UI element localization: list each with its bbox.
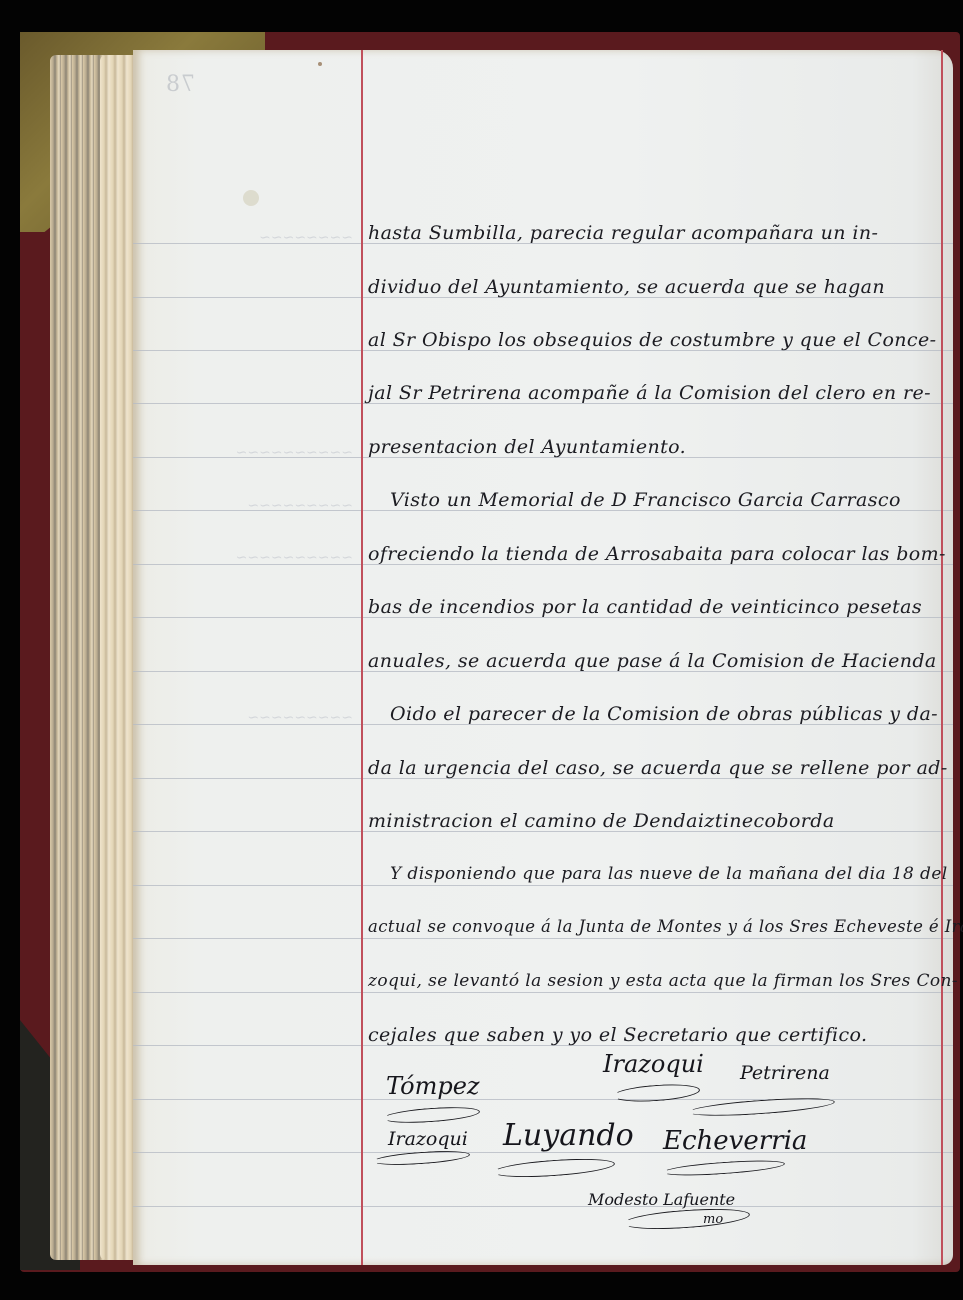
paper-speck — [318, 62, 322, 66]
bleed-through-text: ~~~~~~~~ — [183, 230, 353, 246]
bleed-through-text: ~~~~~~~~~ — [183, 710, 353, 726]
right-margin-rule — [941, 50, 943, 1265]
bleed-through-text: ~~~~~~~~~~ — [183, 550, 353, 566]
page-number: 78 — [165, 72, 195, 97]
text-line: jal Sr Petrirena acompañe á la Comision … — [368, 382, 931, 404]
text-line: Oido el parecer de la Comision de obras … — [390, 703, 938, 725]
paper-stain — [243, 190, 259, 206]
ruled-line — [133, 938, 953, 939]
text-line: Y disponiendo que para las nueve de la m… — [390, 864, 948, 884]
text-line: zoqui, se levantó la sesion y esta acta … — [368, 971, 958, 991]
text-line: bas de incendios por la cantidad de vein… — [368, 596, 922, 618]
signature: Irazoqui — [603, 1050, 704, 1078]
signature: Luyando — [503, 1118, 634, 1153]
signature-flourish — [383, 1105, 481, 1126]
signature-flourish — [493, 1156, 616, 1180]
ruled-line — [133, 885, 953, 886]
signature-flourish — [663, 1158, 786, 1178]
secretary-signature: Modesto Lafuente — [588, 1190, 735, 1209]
page-stack-edges-inner — [100, 55, 135, 1260]
text-line: hasta Sumbilla, parecia regular acompaña… — [368, 222, 878, 244]
signature-flourish — [613, 1082, 701, 1104]
text-line: da la urgencia del caso, se acuerda que … — [368, 757, 948, 779]
ruled-line — [133, 1206, 953, 1207]
text-line: al Sr Obispo los obsequios de costumbre … — [368, 329, 936, 351]
bleed-through-text: ~~~~~~~~~ — [183, 498, 353, 514]
ruled-line — [133, 992, 953, 993]
text-line: cejales que saben y yo el Secretario que… — [368, 1024, 868, 1046]
text-line: Visto un Memorial de D Francisco Garcia … — [390, 489, 901, 511]
ledger-page: 78 ~~~~~~~~ ~~~~~~~~~~ ~~~~~~~~~ ~~~~~~~… — [133, 50, 953, 1265]
text-line: actual se convoque á la Junta de Montes … — [368, 917, 963, 936]
text-line: ministracion el camino de Dendaiztinecob… — [368, 810, 835, 832]
left-margin-rule — [361, 50, 363, 1265]
text-line: ofreciendo la tienda de Arrosabaita para… — [368, 543, 946, 565]
signature: Irazoqui — [388, 1128, 468, 1150]
signature: Petrirena — [740, 1062, 830, 1084]
signature: Echeverria — [663, 1126, 807, 1156]
text-line: presentacion del Ayuntamiento. — [368, 436, 686, 458]
signature: Tómpez — [386, 1072, 480, 1100]
signature-flourish — [623, 1206, 751, 1233]
text-line: anuales, se acuerda que pase á la Comisi… — [368, 650, 937, 672]
bleed-through-text: ~~~~~~~~~~ — [183, 445, 353, 461]
text-line: dividuo del Ayuntamiento, se acuerda que… — [368, 276, 885, 298]
